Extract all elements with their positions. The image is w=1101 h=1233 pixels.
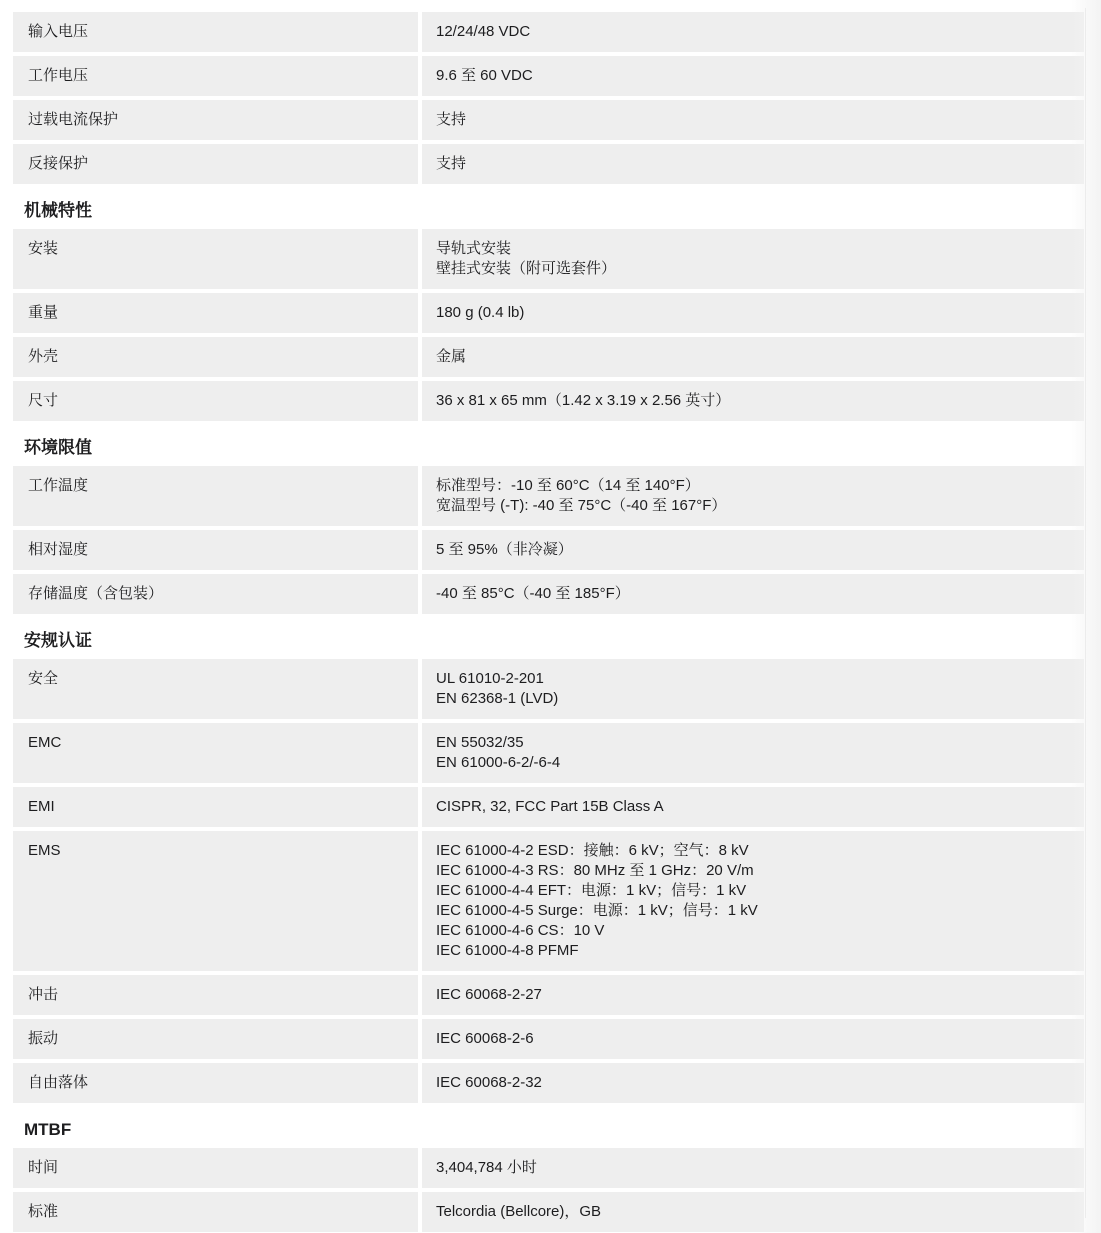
spec-label: 反接保护 (13, 144, 418, 184)
spec-value-line: IEC 60068-2-32 (436, 1073, 1069, 1093)
spec-value-line: 宽温型号 (-T): -40 至 75°C（-40 至 167°F） (436, 496, 1069, 516)
spec-row: 标准Telcordia (Bellcore)，GB (13, 1192, 1084, 1232)
spec-table: 安全UL 61010-2-201EN 62368-1 (LVD)EMCEN 55… (13, 659, 1084, 1103)
spec-value: -40 至 85°C（-40 至 185°F） (422, 574, 1084, 614)
spec-value-line: EN 62368-1 (LVD) (436, 689, 1069, 709)
spec-value: Telcordia (Bellcore)，GB (422, 1192, 1084, 1232)
spec-row: 自由落体IEC 60068-2-32 (13, 1063, 1084, 1103)
spec-value: 5 至 95%（非冷凝） (422, 530, 1084, 570)
spec-value: 支持 (422, 144, 1084, 184)
spec-label: 工作温度 (13, 466, 418, 526)
spec-value-line: EN 61000-6-2/-6-4 (436, 753, 1069, 773)
spec-value: IEC 60068-2-6 (422, 1019, 1084, 1059)
spec-value-line: IEC 60068-2-27 (436, 985, 1069, 1005)
spec-label: 工作电压 (13, 56, 418, 96)
spec-value-line: IEC 61000-4-8 PFMF (436, 941, 1069, 961)
spec-value-line: CISPR, 32, FCC Part 15B Class A (436, 797, 1069, 817)
spec-value-line: 36 x 81 x 65 mm（1.42 x 3.19 x 2.56 英寸） (436, 391, 1069, 411)
spec-row: 外壳金属 (13, 337, 1084, 377)
spec-label: 重量 (13, 293, 418, 333)
spec-value-line: IEC 61000-4-6 CS：10 V (436, 921, 1069, 941)
spec-value-line: 壁挂式安装（附可选套件） (436, 259, 1069, 279)
spec-label: 冲击 (13, 975, 418, 1015)
spec-row: 相对湿度5 至 95%（非冷凝） (13, 530, 1084, 570)
spec-value-line: 标准型号：-10 至 60°C（14 至 140°F） (436, 476, 1069, 496)
spec-section: 输入电压12/24/48 VDC工作电压9.6 至 60 VDC过载电流保护支持… (0, 0, 1101, 184)
section-title: MTBF (0, 1107, 1101, 1148)
spec-row: 工作电压9.6 至 60 VDC (13, 56, 1084, 96)
spec-value: IEC 60068-2-32 (422, 1063, 1084, 1103)
spec-sheet: 输入电压12/24/48 VDC工作电压9.6 至 60 VDC过载电流保护支持… (0, 0, 1101, 1233)
spec-value-line: 3,404,784 小时 (436, 1158, 1069, 1178)
spec-label: 安全 (13, 659, 418, 719)
spec-value: IEC 60068-2-27 (422, 975, 1084, 1015)
spec-row: EMSIEC 61000-4-2 ESD：接触：6 kV；空气：8 kVIEC … (13, 831, 1084, 971)
spec-value-line: IEC 61000-4-3 RS：80 MHz 至 1 GHz：20 V/m (436, 861, 1069, 881)
spec-row: 过载电流保护支持 (13, 100, 1084, 140)
spec-label: EMI (13, 787, 418, 827)
spec-label: 标准 (13, 1192, 418, 1232)
spec-label: EMC (13, 723, 418, 783)
spec-row: 工作温度标准型号：-10 至 60°C（14 至 140°F）宽温型号 (-T)… (13, 466, 1084, 526)
spec-value-line: 金属 (436, 347, 1069, 367)
spec-label: 输入电压 (13, 12, 418, 52)
spec-label: 安装 (13, 229, 418, 289)
spec-value: 9.6 至 60 VDC (422, 56, 1084, 96)
spec-row: 振动IEC 60068-2-6 (13, 1019, 1084, 1059)
spec-value-line: IEC 60068-2-6 (436, 1029, 1069, 1049)
spec-row: 冲击IEC 60068-2-27 (13, 975, 1084, 1015)
spec-row: 输入电压12/24/48 VDC (13, 12, 1084, 52)
spec-section: MTBF时间3,404,784 小时标准Telcordia (Bellcore)… (0, 1107, 1101, 1232)
spec-value-line: 导轨式安装 (436, 239, 1069, 259)
spec-value-line: 9.6 至 60 VDC (436, 66, 1069, 86)
spec-label: 相对湿度 (13, 530, 418, 570)
spec-value: 36 x 81 x 65 mm（1.42 x 3.19 x 2.56 英寸） (422, 381, 1084, 421)
spec-row: 重量180 g (0.4 lb) (13, 293, 1084, 333)
spec-value: CISPR, 32, FCC Part 15B Class A (422, 787, 1084, 827)
spec-label: 时间 (13, 1148, 418, 1188)
spec-value-line: 180 g (0.4 lb) (436, 303, 1069, 323)
spec-value: 支持 (422, 100, 1084, 140)
section-title: 环境限值 (0, 425, 1101, 466)
spec-row: 安全UL 61010-2-201EN 62368-1 (LVD) (13, 659, 1084, 719)
spec-value: 180 g (0.4 lb) (422, 293, 1084, 333)
spec-value-line: Telcordia (Bellcore)，GB (436, 1202, 1069, 1222)
spec-value-line: 5 至 95%（非冷凝） (436, 540, 1069, 560)
spec-value-line: 支持 (436, 110, 1069, 130)
spec-root: 输入电压12/24/48 VDC工作电压9.6 至 60 VDC过载电流保护支持… (0, 0, 1101, 1232)
spec-value: 12/24/48 VDC (422, 12, 1084, 52)
spec-table: 时间3,404,784 小时标准Telcordia (Bellcore)，GB (13, 1148, 1084, 1232)
page-edge-divider (1085, 8, 1086, 1218)
spec-label: EMS (13, 831, 418, 971)
spec-value: 标准型号：-10 至 60°C（14 至 140°F）宽温型号 (-T): -4… (422, 466, 1084, 526)
spec-section: 环境限值工作温度标准型号：-10 至 60°C（14 至 140°F）宽温型号 … (0, 425, 1101, 614)
spec-row: 时间3,404,784 小时 (13, 1148, 1084, 1188)
spec-value: 金属 (422, 337, 1084, 377)
section-title: 机械特性 (0, 188, 1101, 229)
spec-row: 安装导轨式安装壁挂式安装（附可选套件） (13, 229, 1084, 289)
spec-label: 振动 (13, 1019, 418, 1059)
spec-value-line: IEC 61000-4-5 Surge：电源：1 kV；信号：1 kV (436, 901, 1069, 921)
spec-row: EMICISPR, 32, FCC Part 15B Class A (13, 787, 1084, 827)
spec-value: UL 61010-2-201EN 62368-1 (LVD) (422, 659, 1084, 719)
spec-value: EN 55032/35EN 61000-6-2/-6-4 (422, 723, 1084, 783)
spec-table: 工作温度标准型号：-10 至 60°C（14 至 140°F）宽温型号 (-T)… (13, 466, 1084, 614)
section-title: 安规认证 (0, 618, 1101, 659)
spec-value-line: EN 55032/35 (436, 733, 1069, 753)
spec-label: 存储温度（含包装） (13, 574, 418, 614)
spec-table: 输入电压12/24/48 VDC工作电压9.6 至 60 VDC过载电流保护支持… (13, 12, 1084, 184)
spec-label: 外壳 (13, 337, 418, 377)
spec-label: 自由落体 (13, 1063, 418, 1103)
spec-label: 尺寸 (13, 381, 418, 421)
spec-value-line: -40 至 85°C（-40 至 185°F） (436, 584, 1069, 604)
spec-row: 存储温度（含包装）-40 至 85°C（-40 至 185°F） (13, 574, 1084, 614)
spec-value-line: IEC 61000-4-2 ESD：接触：6 kV；空气：8 kV (436, 841, 1069, 861)
spec-value-line: 支持 (436, 154, 1069, 174)
spec-value: IEC 61000-4-2 ESD：接触：6 kV；空气：8 kVIEC 610… (422, 831, 1084, 971)
spec-row: EMCEN 55032/35EN 61000-6-2/-6-4 (13, 723, 1084, 783)
spec-value: 3,404,784 小时 (422, 1148, 1084, 1188)
spec-value-line: UL 61010-2-201 (436, 669, 1069, 689)
spec-label: 过载电流保护 (13, 100, 418, 140)
spec-value: 导轨式安装壁挂式安装（附可选套件） (422, 229, 1084, 289)
spec-section: 机械特性安装导轨式安装壁挂式安装（附可选套件）重量180 g (0.4 lb)外… (0, 188, 1101, 421)
spec-row: 尺寸36 x 81 x 65 mm（1.42 x 3.19 x 2.56 英寸） (13, 381, 1084, 421)
spec-row: 反接保护支持 (13, 144, 1084, 184)
spec-value-line: 12/24/48 VDC (436, 22, 1069, 42)
spec-section: 安规认证安全UL 61010-2-201EN 62368-1 (LVD)EMCE… (0, 618, 1101, 1103)
spec-value-line: IEC 61000-4-4 EFT：电源：1 kV；信号：1 kV (436, 881, 1069, 901)
spec-table: 安装导轨式安装壁挂式安装（附可选套件）重量180 g (0.4 lb)外壳金属尺… (13, 229, 1084, 421)
